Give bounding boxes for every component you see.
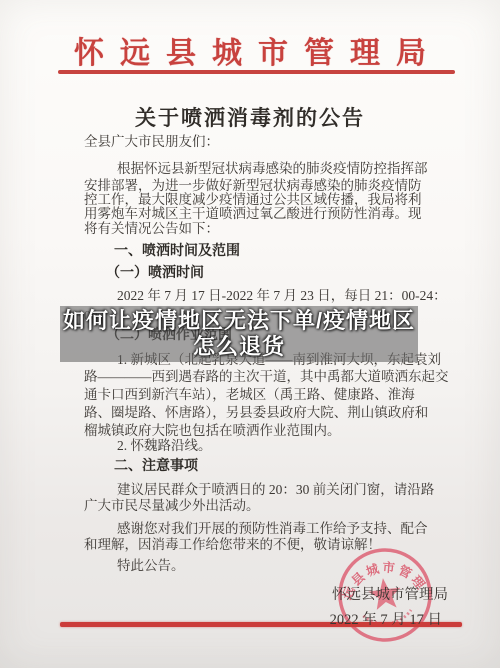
caption-overlay: 如何让疫情地区无法下单/疫情地区 怎么退货 [60,306,418,362]
para2-line: 建议居民群众于喷洒日的 20：30 前关闭门窗，请沿路 [84,482,434,497]
para1-line: 根据怀远县新型冠状病毒感染的肺炎疫情防控指挥部 [84,161,428,176]
para1-line: 控工作，最大限度减少疫情通过公共区域传播，我局将利 [84,192,422,207]
section2-heading: 二、注意事项 [84,459,198,474]
spray-time-line: 2022 年 7 月 17 日-2022 年 7 月 23 日，每日 21：00… [84,288,447,303]
item1-line: 通卡口西到新汽车站），老城区（禹王路、健康路、淮海 [84,387,415,402]
greeting-line: 全县广大市民朋友们： [84,134,219,149]
para1-line: 用雾炮车对城区主干道喷洒过氧乙酸进行预防性消毒。现 [84,206,422,221]
closing-line: 特此公告。 [84,558,185,573]
masthead-rule [58,70,455,74]
item1-line: 路、圈堤路、怀唐路），另县委县政府大院、荆山镇政府和 [84,405,428,420]
document-title: 关于喷洒消毒剂的公告 [0,102,500,132]
sub1-heading: （一）喷洒时间 [84,266,204,281]
item1-line: 榴城镇政府大院也包括在喷洒作业范围内。 [84,423,341,438]
notice-document: 怀远县城市管理局 关于喷洒消毒剂的公告 全县广大市民朋友们： 根据怀远县新型冠状… [0,0,500,668]
caption-line1: 如何让疫情地区无法下单/疫情地区 [63,308,415,334]
item2-line: 2. 怀魏路沿线。 [84,438,212,453]
bureau-masthead: 怀远县城市管理局 [0,28,500,72]
para1-line: 安排部署，为进一步做好新型冠状病毒感染的肺炎疫情防 [84,178,422,193]
item1-line: 路————西到遇春路的主次干道，其中禹都大道喷洒东起交 [84,369,449,384]
caption-line2: 怎么退货 [193,334,285,360]
para1-line: 将有关情况公告如下： [84,221,219,236]
section1-heading: 一、喷洒时间及范围 [84,244,240,259]
signature-date: 2022 年 7 月 17 日 [330,608,442,629]
para2-line: 广大市民尽量减少外出活动。 [84,498,260,513]
signature-bureau: 怀远县城市管理局 [332,583,448,604]
para3-line: 感谢您对我们开展的预防性消毒工作给予支持、配合 [84,521,428,536]
